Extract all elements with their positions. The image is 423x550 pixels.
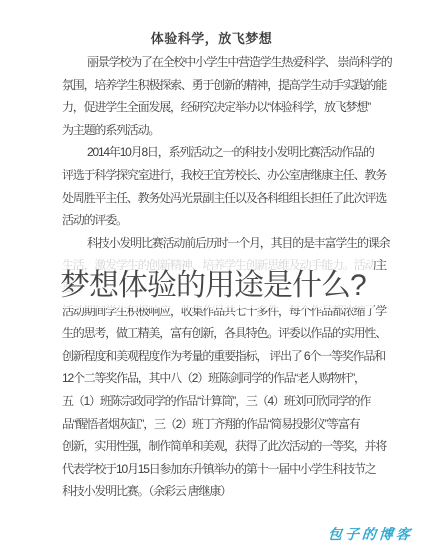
document-line: 科技小发明比赛。（余彩云 唐继康） bbox=[62, 480, 378, 503]
blog-signature-watermark: 包子的博客 bbox=[327, 524, 414, 544]
document-line: 活动的评委。 bbox=[62, 209, 378, 232]
document-line: 品“醒悟者烟灰缸”，三（2）班丁齐翔的作品“简易投影仪”等富有 bbox=[62, 413, 378, 436]
document-line: 代表学校于10月15日参加东升镇举办的第十一届中小学生科技节之 bbox=[62, 458, 378, 481]
document-line: 五（1）班陈宗政同学的作品“计算筒”，三（4）班刘可欣同学的作 bbox=[62, 390, 378, 413]
document-line: 创新程度和美观程度作为考量的重要指标， 评出了 6个一等奖作品和 bbox=[62, 345, 378, 368]
document-line: 12个二等奖作品，其中八（2）班陈剑同学的作品“老人购物杆”， bbox=[62, 367, 378, 390]
document-line: 处周胜平主任、教务处冯光景副主任以及各科组组长担任了此次评选 bbox=[62, 187, 378, 210]
overlay-question-watermark: 梦想体验的用途是什么? bbox=[52, 258, 374, 308]
document-line: 评选于科学探究室进行，我校王宜芳校长、办公室唐继康主任、教务 bbox=[62, 164, 378, 187]
document-title: 体验科学，放飞梦想 bbox=[0, 28, 423, 47]
document-page: 体验科学，放飞梦想 丽景学校为了在全校中小学生中营造学生热爱科学、 崇尚科学的氛… bbox=[0, 0, 423, 550]
document-line: 力，促进学生全面发展，经研究决定举办以“体验科学，放飞梦想” bbox=[62, 96, 378, 119]
document-line: 科技小发明比赛活动前后历时一个月，其目的是丰富学生的课余 bbox=[62, 232, 378, 255]
document-line: 2014年10月8日，系列活动之一的科技小发明比赛活动作品的 bbox=[62, 141, 378, 164]
document-line: 为主题的系列活动。 bbox=[62, 119, 378, 142]
document-line: 创新，实用性强，制作简单和美观，获得了此次活动的一等奖，并将 bbox=[62, 435, 378, 458]
document-line: 氛围，培养学生积极探索、勇于创新的精神，提高学生动手实践的能 bbox=[62, 74, 378, 97]
document-line: 丽景学校为了在全校中小学生中营造学生热爱科学、 崇尚科学的 bbox=[62, 51, 378, 74]
document-line: 生的思考，做工精美，富有创新，各具特色。评委以作品的实用性、 bbox=[62, 322, 378, 345]
